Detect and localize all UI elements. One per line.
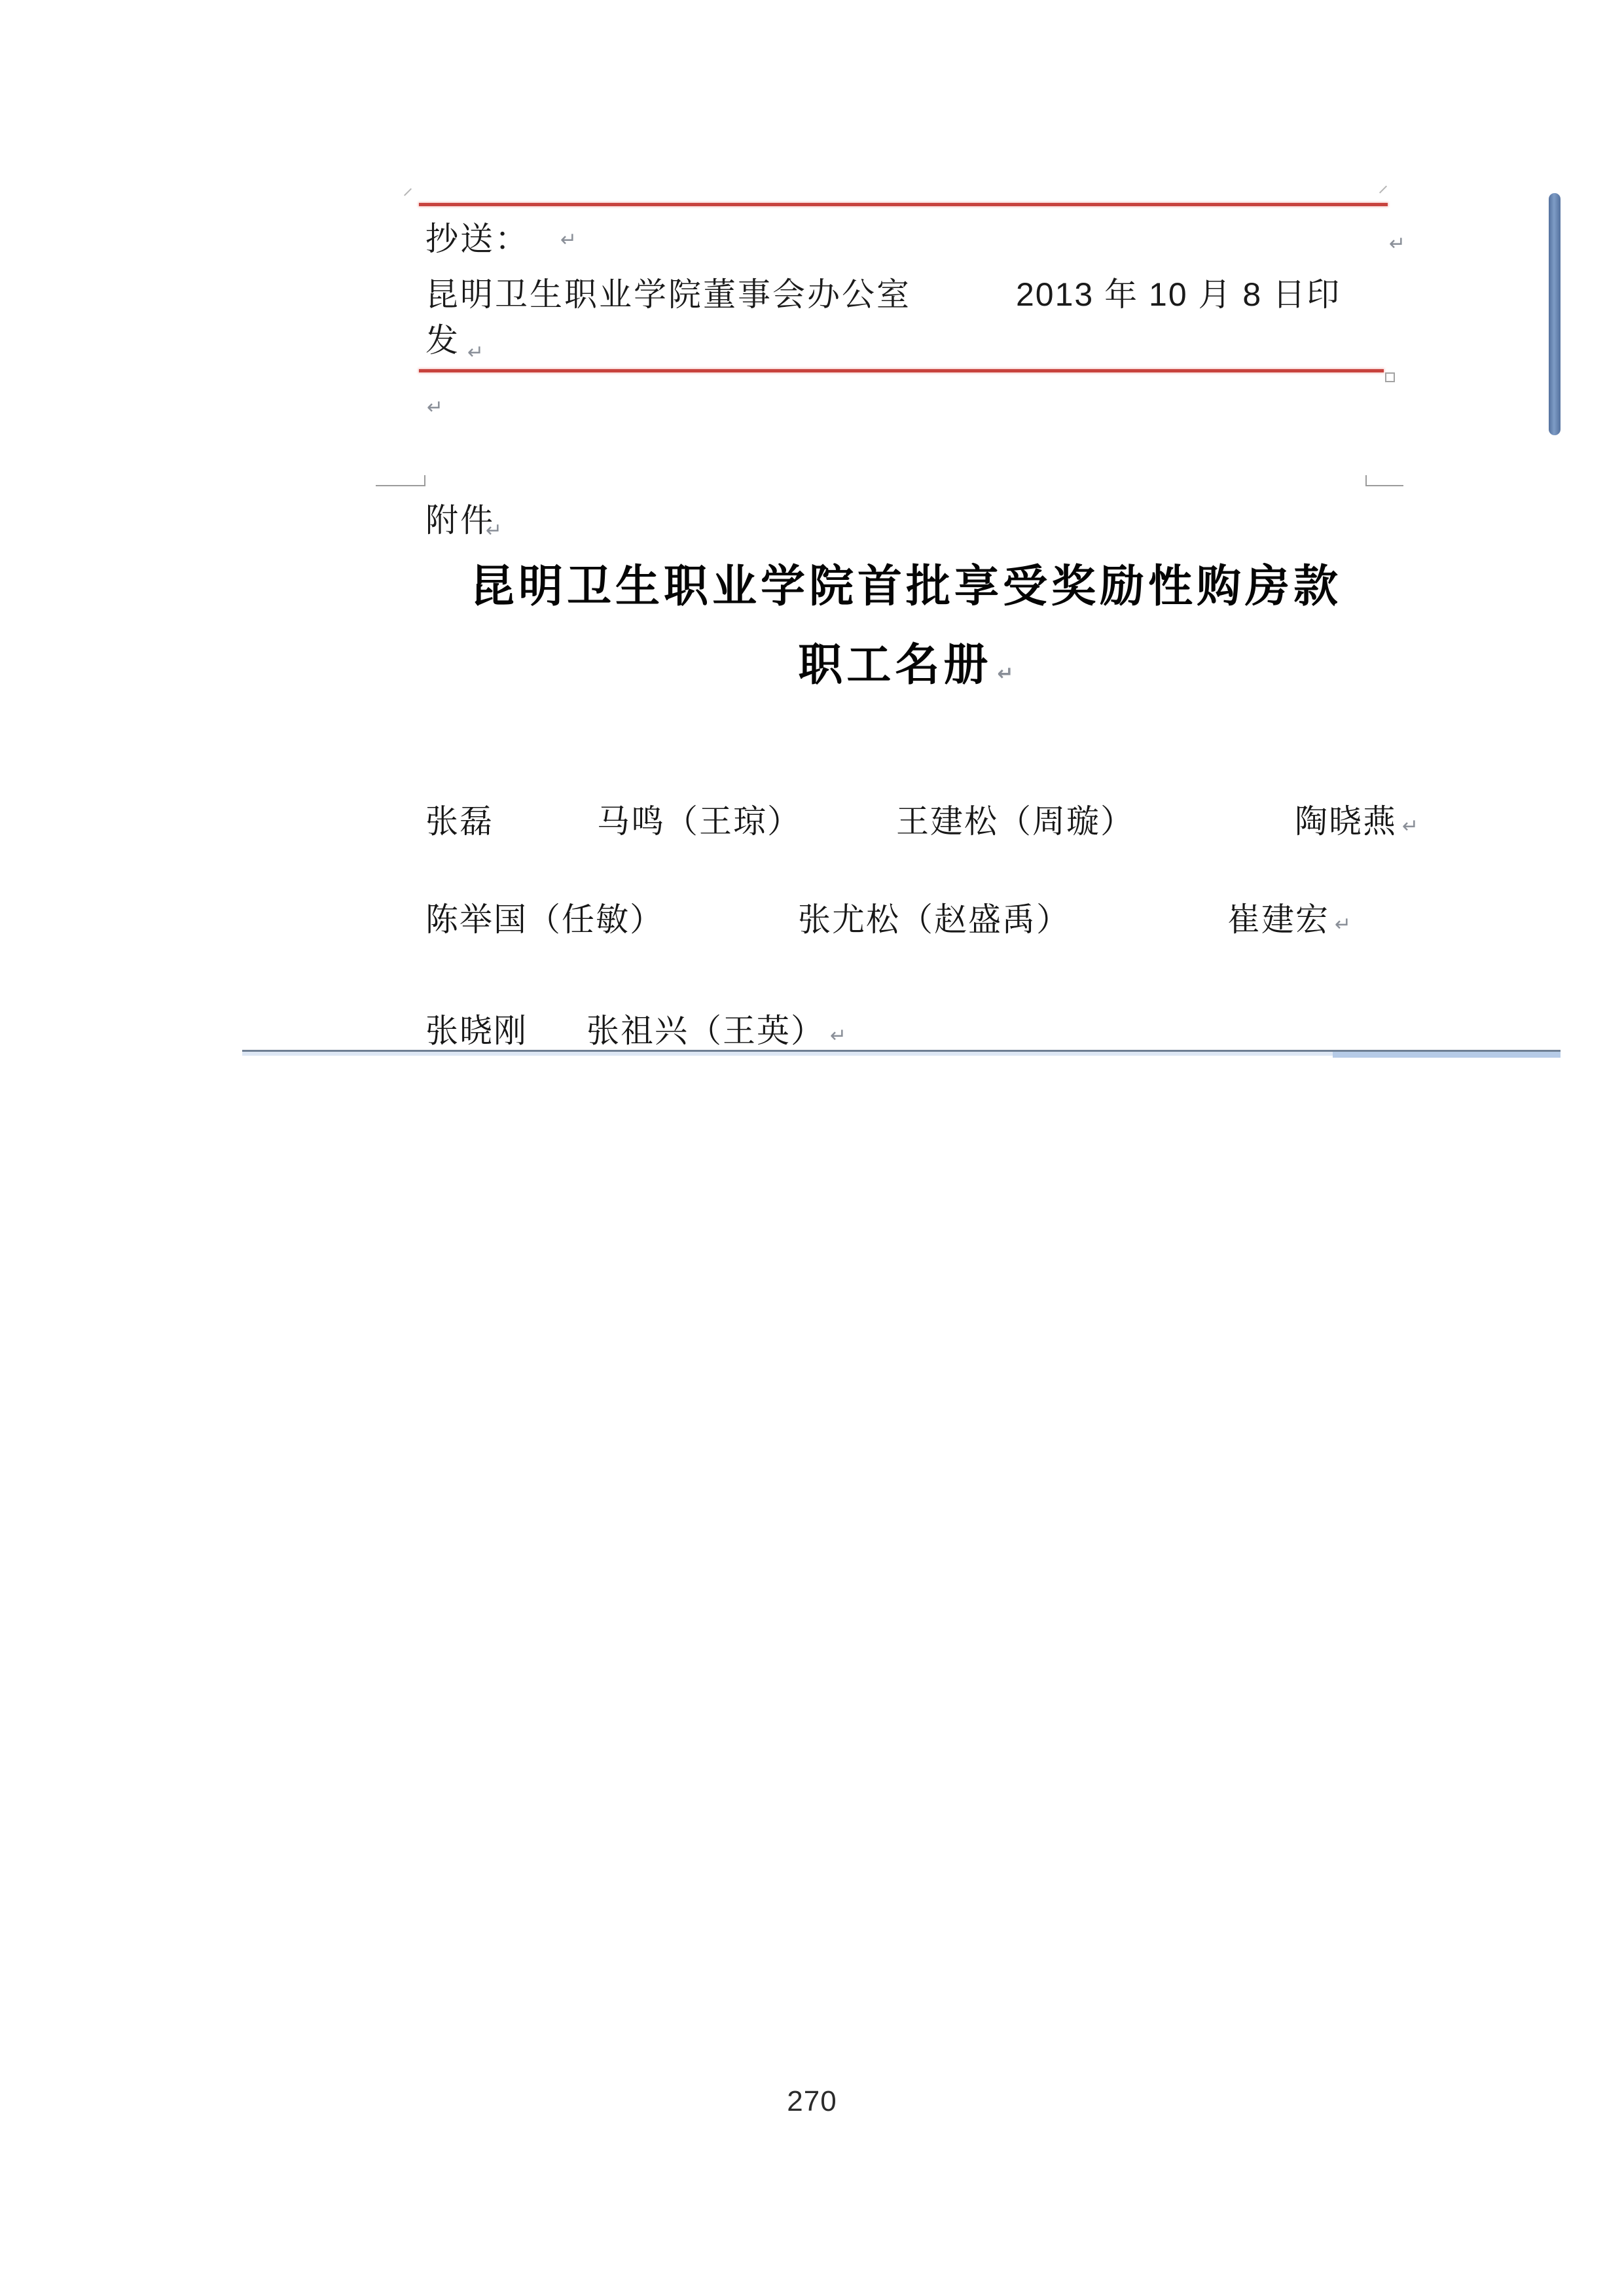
cc-recipient: 昆明卫生职业学院董事会办公室 [425, 276, 911, 313]
roster-name: 张磊 [425, 805, 494, 838]
text-boundary-corner-left [376, 475, 425, 486]
cc-label: 抄送： [425, 223, 530, 255]
roster-name: 陶晓燕 [1295, 805, 1397, 838]
pilcrow-mark: ↵ [560, 230, 577, 250]
attachment-label: 附件 [425, 504, 495, 537]
scrollbar-thumb[interactable] [1549, 193, 1561, 435]
roster-row: 陈举国（任敏）张尤松（赵盛禹）崔建宏↵ [425, 903, 1351, 936]
document-page: 抄送： ↵ ↵ 昆明卫生职业学院董事会办公室2013 年 10 月 8 日印 发… [0, 0, 1624, 2296]
print-date: 2013 年 10 月 8 日印 [1016, 276, 1341, 313]
roster-name: 王建松（周璇） [896, 805, 1134, 838]
red-rule-bottom [419, 369, 1384, 372]
pilcrow-mark: ↵ [1402, 816, 1418, 837]
line-rotate-handle[interactable] [1379, 185, 1387, 193]
roster-name: 张祖兴（王英） [586, 1014, 825, 1047]
doc-title-line1: 昆明卫生职业学院首批享受奖励性购房款 [424, 564, 1388, 609]
doc-title-line2-text: 职工名册 [798, 640, 992, 690]
roster-name: 陈举国（任敏） [425, 903, 664, 936]
line-rotate-handle[interactable] [404, 188, 412, 196]
roster-name: 张晓刚 [425, 1014, 528, 1047]
pilcrow-mark: ↵ [486, 521, 502, 541]
page-number: 270 [0, 2085, 1624, 2118]
pilcrow-mark: ↵ [1389, 234, 1405, 254]
text-boundary-corner-right [1365, 475, 1403, 486]
doc-title-line2: 职工名册↵ [424, 643, 1388, 687]
red-rule-top [419, 203, 1388, 206]
pilcrow-mark: ↵ [997, 663, 1013, 685]
pilcrow-mark: ↵ [1335, 914, 1351, 935]
cc-wrap-char: 发 [425, 324, 460, 357]
line-resize-handle[interactable] [1385, 372, 1395, 382]
roster-row: 张磊马鸣（王琼）王建松（周璇）陶晓燕↵ [425, 805, 1418, 838]
roster-name: 张尤松（赵盛禹） [798, 903, 1070, 936]
pilcrow-mark: ↵ [830, 1025, 846, 1047]
pilcrow-mark: ↵ [427, 398, 443, 418]
section-divider-band-highlight [1333, 1052, 1561, 1058]
roster-name: 马鸣（王琼） [597, 805, 801, 838]
roster-row: 张晓刚张祖兴（王英）↵ [425, 1014, 846, 1047]
pilcrow-mark: ↵ [467, 343, 484, 363]
roster-name: 崔建宏 [1227, 903, 1329, 936]
cc-recipient-line: 昆明卫生职业学院董事会办公室2013 年 10 月 8 日印 [425, 278, 1341, 311]
